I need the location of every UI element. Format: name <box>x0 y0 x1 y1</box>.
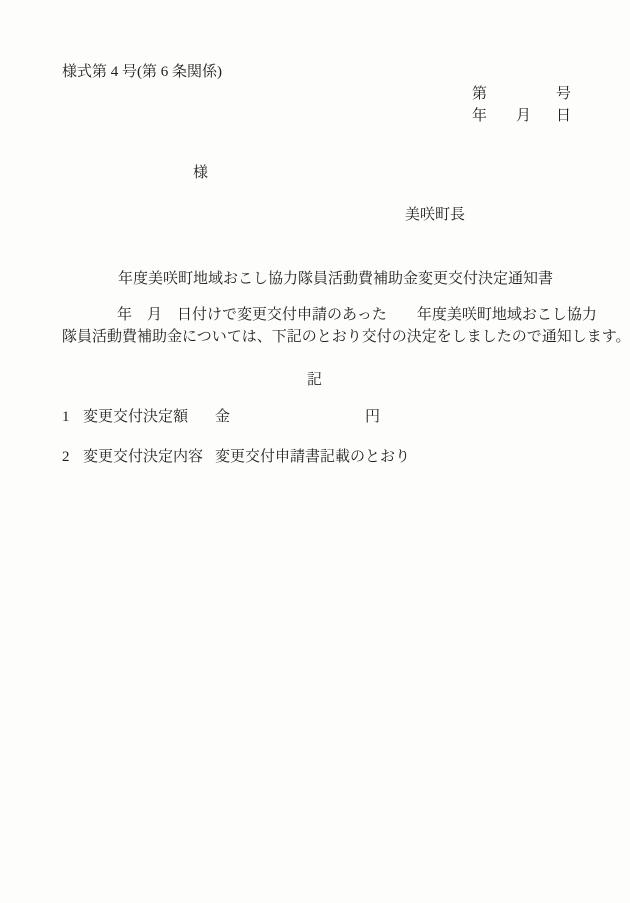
item-1-amount-suffix: 円 <box>365 409 380 425</box>
recipient-honorific-label: 様 <box>193 165 208 181</box>
body-paragraph-line-2: 隊員活動費補助金については、下記のとおり交付の決定をしましたので通知します。 <box>62 329 630 345</box>
item-2-label: 変更交付決定内容 <box>83 449 203 465</box>
form-number-label: 様式第 4 号(第 6 条関係) <box>62 64 222 80</box>
date-day-label: 日 <box>556 108 571 124</box>
body-paragraph-line-1: 年 月 日付けで変更交付申請のあった 年度美咲町地域おこし協力 <box>117 307 597 323</box>
sender-title-label: 美咲町長 <box>405 207 465 223</box>
official-notice-document: 様式第 4 号(第 6 条関係) 第 号 年 月 日 様 美咲町長 年度美咲町地… <box>0 0 630 903</box>
doc-number-suffix-label: 号 <box>556 86 571 102</box>
item-1-label: 変更交付決定額 <box>83 409 188 425</box>
item-1-amount-prefix: 金 <box>215 409 230 425</box>
date-month-label: 月 <box>516 108 531 124</box>
document-title: 年度美咲町地域おこし協力隊員活動費補助金変更交付決定通知書 <box>118 271 553 287</box>
doc-number-prefix-label: 第 <box>472 86 487 102</box>
item-2-number: 2 <box>62 449 70 465</box>
item-1-number: 1 <box>62 409 70 425</box>
date-year-label: 年 <box>472 108 487 124</box>
record-marker-label: 記 <box>307 372 322 388</box>
item-2-value: 変更交付申請書記載のとおり <box>215 449 410 465</box>
